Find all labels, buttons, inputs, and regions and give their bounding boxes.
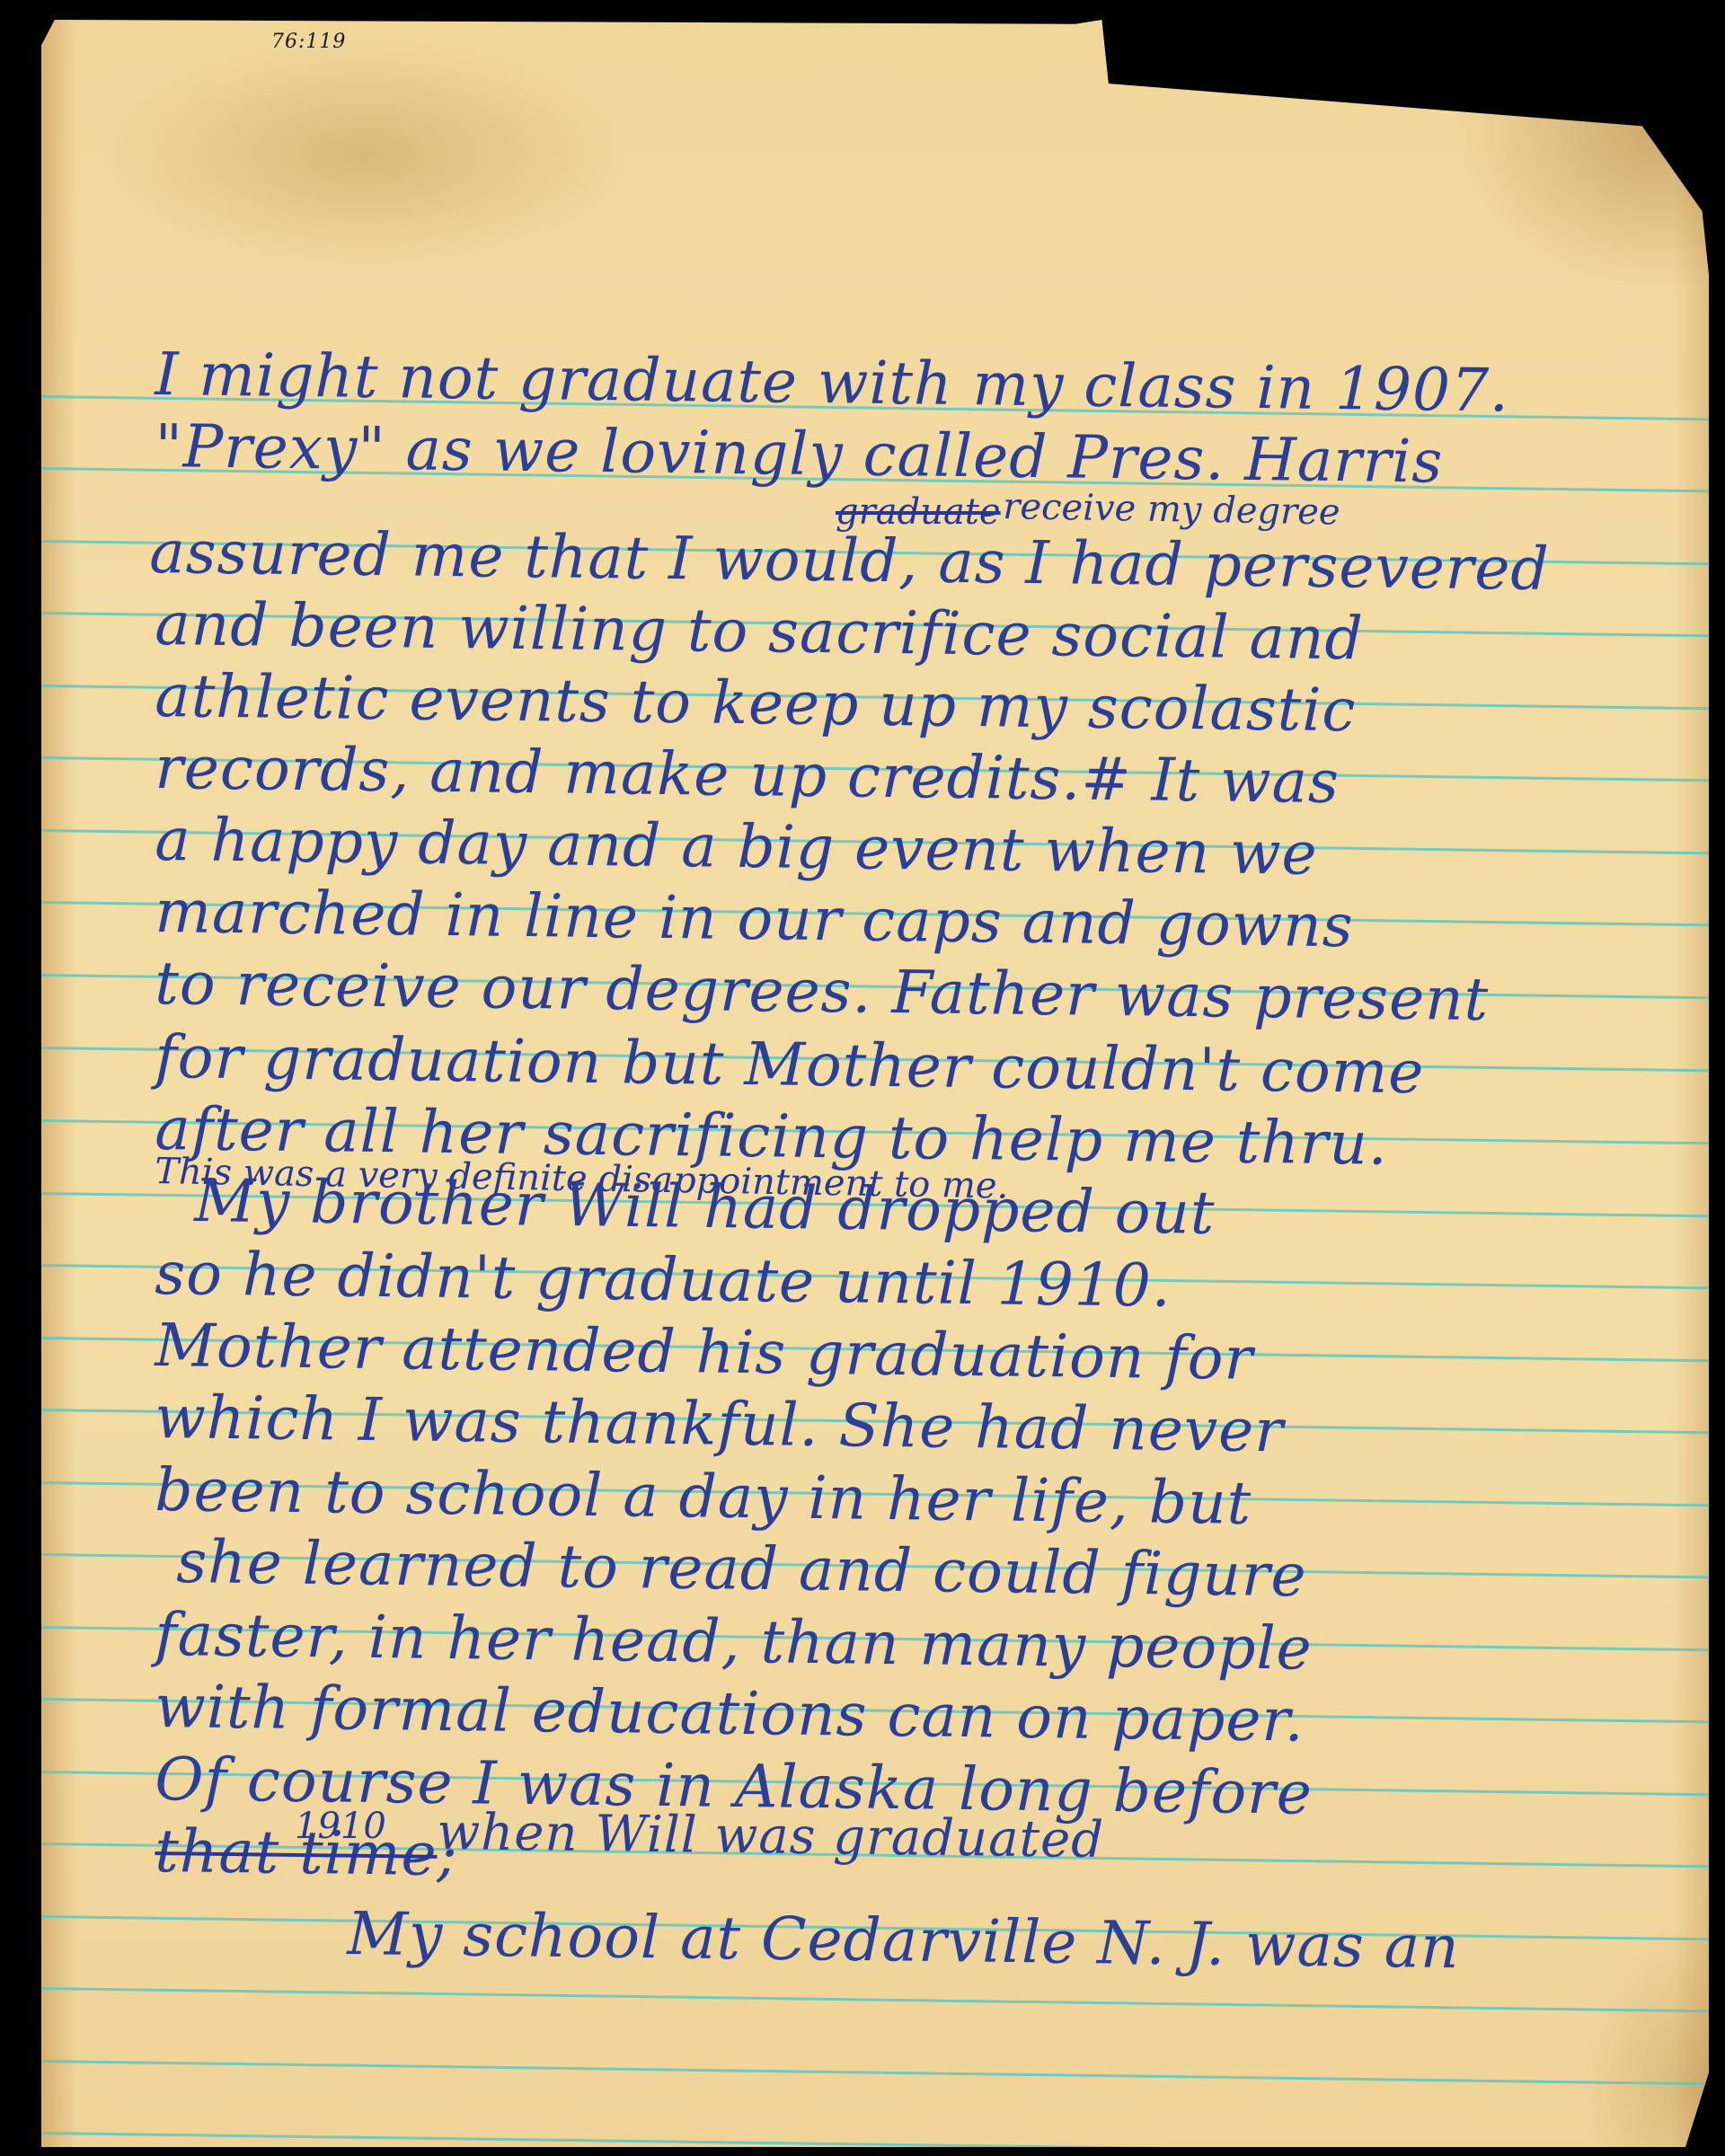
struck-insertion: graduate (836, 494, 1001, 530)
inserted-year: 1910 (295, 1806, 386, 1847)
text-line: records, and make up credits.# It was (155, 738, 1340, 812)
text-line: been to school a day in her life, but (155, 1461, 1252, 1533)
insertion-above: receive my degree (1003, 489, 1340, 531)
text-line: "Prexy" as we lovingly called Pres. Harr… (155, 417, 1444, 492)
text-line: I might not graduate with my class in 19… (155, 345, 1509, 420)
text-line: and been willing to sacrifice social and (155, 595, 1364, 668)
text-line: assured me that I would, as I had persev… (149, 523, 1550, 599)
text-line: My school at Cedarville N. J. was an (347, 1904, 1460, 1977)
text-line: which I was thankful. She had never (155, 1388, 1284, 1461)
text-line: she learned to read and could figure (176, 1533, 1307, 1605)
manuscript-page: 76:119 (41, 20, 1709, 2147)
text-line: for graduation but Mother couldn't come (155, 1028, 1425, 1102)
text-line: with formal educations can on paper. (155, 1677, 1305, 1751)
text-line: a happy day and a big event when we (155, 810, 1318, 884)
text-line: to receive our degrees. Father was prese… (155, 954, 1490, 1029)
text-line: athletic events to keep up my scolastic (155, 667, 1357, 740)
handwritten-text: I might not graduate with my class in 19… (41, 20, 1709, 2147)
text-line: My brother Will had dropped out (194, 1171, 1216, 1243)
text-line: marched in line in our caps and gowns (155, 882, 1354, 956)
text-line: when Will was graduated (437, 1807, 1104, 1866)
text-line: so he didn't graduate until 1910. (155, 1244, 1172, 1316)
scanned-document: 76:119 (0, 0, 1725, 2156)
text-line: Mother attended his graduation for (155, 1316, 1253, 1389)
text-line: faster, in her head, than many people (155, 1605, 1313, 1679)
